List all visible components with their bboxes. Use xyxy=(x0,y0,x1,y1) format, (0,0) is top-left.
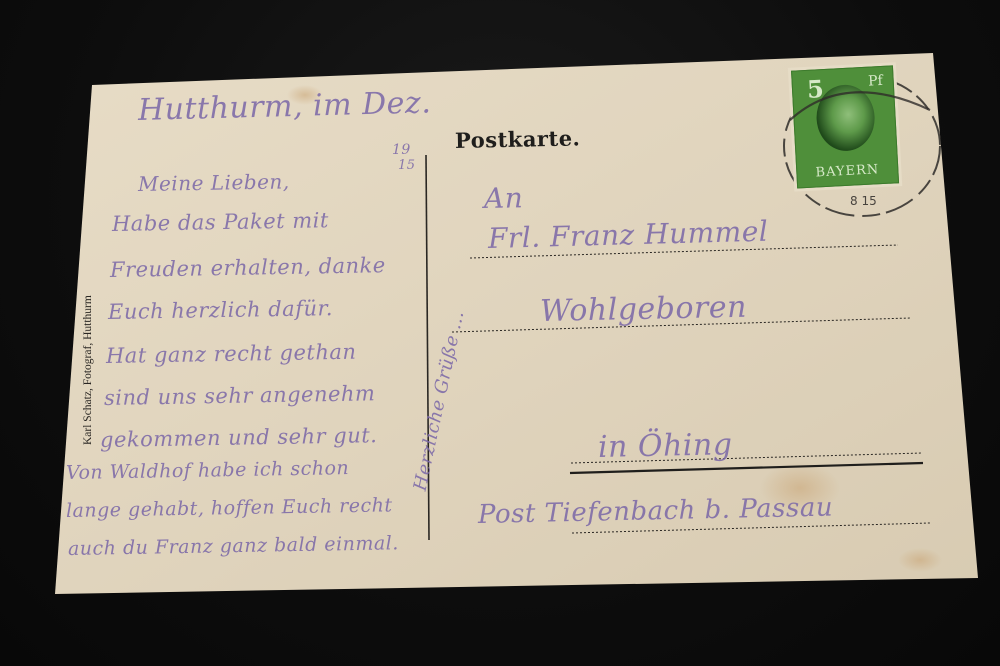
postmark-overlay: 8 15 xyxy=(0,0,1000,666)
photographer-imprint: Karl Schatz, Fotograf, Hutthurm xyxy=(82,295,94,445)
postmark-date: 8 15 xyxy=(850,194,877,208)
postkarte-title: Postkarte. xyxy=(455,125,581,153)
postcard-photo: 5 Pf BAYERN 8 15 Postkarte. Karl Schatz,… xyxy=(0,0,1000,666)
